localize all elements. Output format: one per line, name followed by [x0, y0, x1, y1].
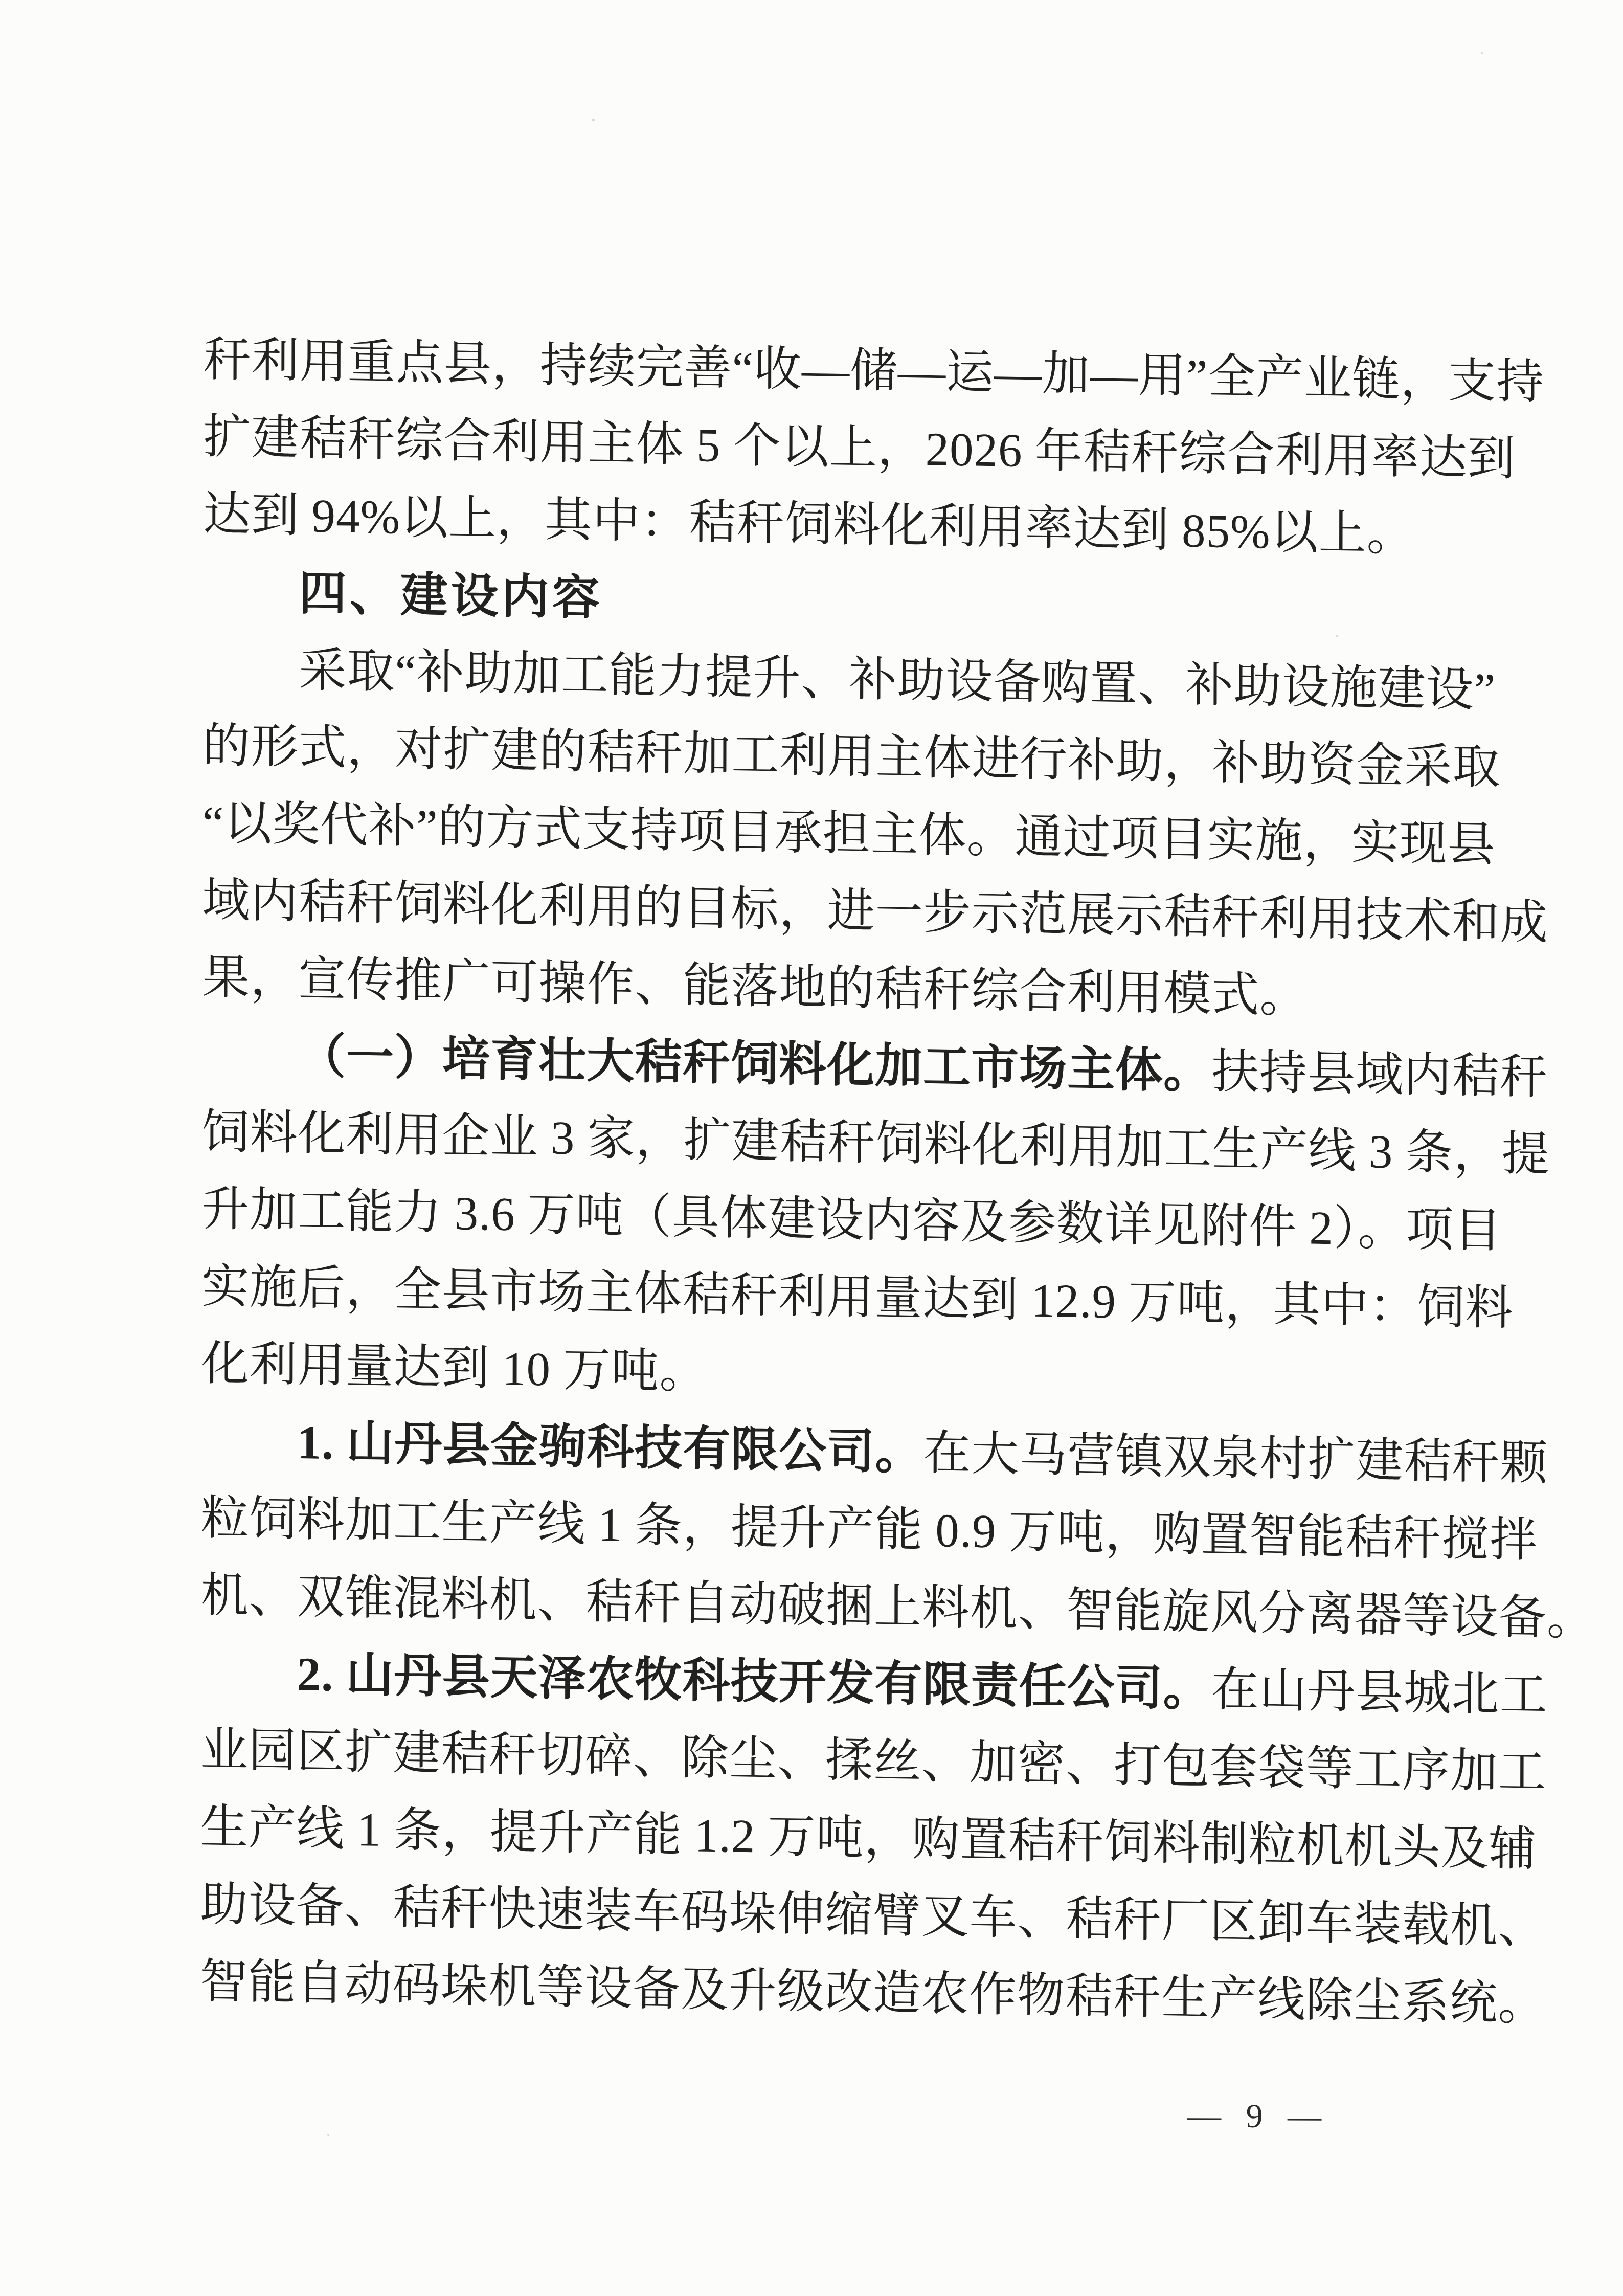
text-run: 秆利用重点县，持续完善“收—储—运—加—用”全产业链，支持: [204, 333, 1545, 409]
text-run: 的形式，对扩建的秸秆加工利用主体进行补助，补助资金采取: [202, 720, 1500, 794]
text-run: 粒饲料加工生产线 1 条，提升产能 0.9 万吨，购置智能秸秆搅拌: [201, 1492, 1538, 1567]
scan-speckle: [1103, 1141, 1106, 1143]
text-run: “以奖代补”的方式支持项目承担主体。通过项目实施，实现县: [202, 797, 1496, 872]
scan-speckle: [327, 2134, 329, 2136]
text-run: 在山丹县城北工: [1211, 1663, 1547, 1722]
text-run: 扶持县域内秸秆: [1211, 1045, 1548, 1104]
emphasis-run: 2. 山丹县天泽农牧科技开发有限责任公司。: [297, 1648, 1211, 1716]
scan-speckle: [1336, 635, 1338, 637]
text-run: 实施后，全县市场主体秸秆利用量达到 12.9 万吨，其中：饲料: [201, 1260, 1513, 1335]
text-run: 饲料化利用企业 3 家，扩建秸秆饲料化利用加工生产线 3 条，提: [202, 1106, 1550, 1182]
text-run: 在大马营镇双泉村扩建秸秆颗: [923, 1427, 1548, 1490]
text-run: 助设备、秸秆快速装车码垛伸缩臂叉车、秸秆厂区卸车装载机、: [200, 1878, 1546, 1954]
text-run: 生产线 1 条，提升产能 1.2 万吨，购置秸秆饲料制粒机机头及辅: [200, 1801, 1537, 1876]
text-run: 达到 94%以上，其中：秸秆饲料化利用率达到 85%以上。: [203, 488, 1415, 561]
scan-speckle: [592, 119, 595, 121]
text-run: 扩建秸秆综合利用主体 5 个以上，2026 年秸秆综合利用率达到: [203, 411, 1515, 485]
emphasis-run: 四、建设内容: [299, 566, 603, 625]
text-run: 升加工能力 3.6 万吨（具体建设内容及参数详见附件 2）。项目: [201, 1183, 1502, 1258]
emphasis-run: 1. 山丹县金驹科技有限公司。: [297, 1416, 923, 1480]
emphasis-run: （一）培育壮大秸秆饲料化加工市场主体。: [298, 1030, 1211, 1098]
text-run: 果，宣传推广可操作、能落地的秸秆综合利用模式。: [202, 951, 1308, 1023]
text-run: 业园区扩建秸秆切碎、除尘、揉丝、加密、打包套袋等工序加工: [200, 1724, 1546, 1799]
document-body: 秆利用重点县，持续完善“收—储—运—加—用”全产业链，支持扩建秸秆综合利用主体 …: [200, 321, 1433, 2041]
scan-speckle: [1481, 52, 1483, 54]
text-run: 化利用量达到 10 万吨。: [201, 1338, 708, 1399]
text-run: 域内秸秆饲料化利用的目标，进一步示范展示秸秆利用技术和成: [202, 874, 1548, 950]
text-run: 采取“补助加工能力提升、补助设备购置、补助设施建设”: [299, 644, 1496, 717]
text-run: 机、双锥混料机、秸秆自动破捆上料机、智能旋风分离器等设备。: [201, 1569, 1595, 1645]
page-number: — 9 —: [1187, 2097, 1329, 2136]
text-run: 智能自动码垛机等设备及升级改造农作物秸秆生产线除尘系统。: [200, 1955, 1546, 2031]
scanned-document-page: 秆利用重点县，持续完善“收—储—运—加—用”全产业链，支持扩建秸秆综合利用主体 …: [0, 0, 1623, 2296]
